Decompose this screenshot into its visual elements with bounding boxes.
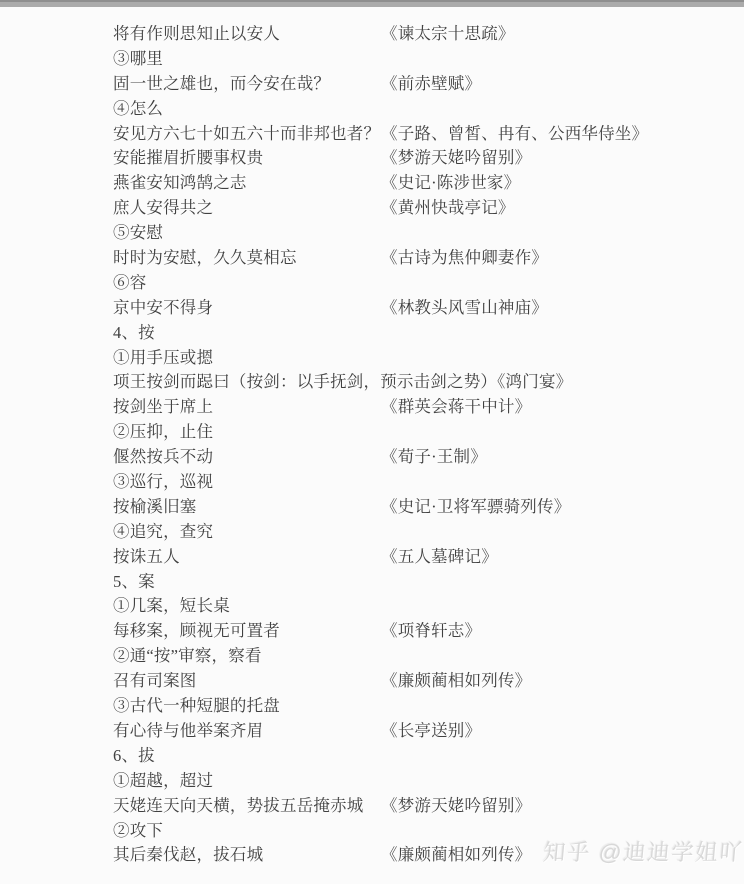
entry-text: 京中安不得身 [113,296,213,321]
entry-row: ①几案，短长桌 [0,594,744,619]
entry-row: 安见方六七十如五六十而非邦也者？《子路、曾皙、冉有、公西华侍坐》 [0,122,744,147]
entry-source-title: 《五人墓碑记》 [381,545,498,570]
entry-row: 6、拔 [0,744,744,769]
entry-row: 按榆溪旧塞《史记·卫将军骠骑列传》 [0,495,744,520]
entry-source-title: 《黄州快哉亭记》 [381,196,515,221]
entry-text: 时时为安慰，久久莫相忘 [113,246,297,271]
entry-text: 按剑坐于席上 [113,395,213,420]
document-content: 将有作则思知止以安人《谏太宗十思疏》③哪里固一世之雄也，而今安在哉？《前赤壁赋》… [0,22,744,868]
entry-row: 天姥连天向天横，势拔五岳掩赤城《梦游天姥吟留别》 [0,794,744,819]
entry-source-title: 《廉颇蔺相如列传》 [381,669,531,694]
entry-row: 有心待与他举案齐眉《长亭送别》 [0,719,744,744]
entry-row: ⑥容 [0,271,744,296]
entry-text: 其后秦伐赵，拔石城 [113,843,263,868]
entry-source-title: 《梦游天姥吟留别》 [381,794,531,819]
entry-row: ①超越，超过 [0,769,744,794]
entry-row: ③巡行，巡视 [0,470,744,495]
entry-row: 召有司案图《廉颇蔺相如列传》 [0,669,744,694]
entry-text: ③哪里 [113,47,163,72]
entry-source-title: 《荀子·王制》 [381,445,487,470]
entry-text: ③古代一种短腿的托盘 [113,694,280,719]
entry-row: 按诛五人《五人墓碑记》 [0,545,744,570]
entry-row: 5、案 [0,570,744,595]
entry-text: ①几案，短长桌 [113,594,230,619]
entry-text: 召有司案图 [113,669,197,694]
entry-text: 将有作则思知止以安人 [113,22,280,47]
entry-text: 固一世之雄也，而今安在哉？ [113,72,330,97]
entry-text: ②通“按”审察，察看 [113,644,262,669]
entry-text: 天姥连天向天横，势拔五岳掩赤城 [113,794,364,819]
entry-text: ③巡行，巡视 [113,470,213,495]
entry-text: 庶人安得共之 [113,196,213,221]
entry-source-title: 《项脊轩志》 [381,619,481,644]
entry-source-title: 《史记·陈涉世家》 [381,171,520,196]
entry-text: 有心待与他举案齐眉 [113,719,263,744]
entry-text: 5、案 [113,570,155,595]
entry-row: 时时为安慰，久久莫相忘《古诗为焦仲卿妻作》 [0,246,744,271]
entry-row: 庶人安得共之《黄州快哉亭记》 [0,196,744,221]
entry-text: 每移案，顾视无可置者 [113,619,280,644]
entry-text: 4、按 [113,321,155,346]
entry-source-title: 《林教头风雪山神庙》 [381,296,548,321]
entry-text: 偃然按兵不动 [113,445,213,470]
entry-text: ①用手压或摁 [113,346,213,371]
entry-text: 安见方六七十如五六十而非邦也者？ [113,122,380,147]
document-page: 将有作则思知止以安人《谏太宗十思疏》③哪里固一世之雄也，而今安在哉？《前赤壁赋》… [0,0,744,884]
entry-row: 将有作则思知止以安人《谏太宗十思疏》 [0,22,744,47]
entry-row: 安能摧眉折腰事权贵《梦游天姥吟留别》 [0,146,744,171]
entry-row: 项王按剑而跽曰（按剑：以手抚剑，预示击剑之势）《鸿门宴》 [0,370,744,395]
entry-source-title: 《前赤壁赋》 [381,72,481,97]
entry-source-title: 《廉颇蔺相如列传》 [381,843,531,868]
entry-text: ④追究，查究 [113,520,213,545]
entry-source-title: 《群英会蒋干中计》 [381,395,531,420]
zhihu-watermark: 知乎 @迪迪学姐吖 [542,838,744,868]
entry-row: 固一世之雄也，而今安在哉？《前赤壁赋》 [0,72,744,97]
entry-source-title: 《古诗为焦仲卿妻作》 [381,246,548,271]
entry-row: 京中安不得身《林教头风雪山神庙》 [0,296,744,321]
entry-text: 燕雀安知鸿鹄之志 [113,171,247,196]
entry-text: ⑤安慰 [113,221,163,246]
entry-text: 按诛五人 [113,545,180,570]
entry-text: 6、拔 [113,744,155,769]
entry-row: ④追究，查究 [0,520,744,545]
entry-source-title: 《梦游天姥吟留别》 [381,146,531,171]
entry-text: ②攻下 [113,819,163,844]
entry-row: 4、按 [0,321,744,346]
entry-text: 项王按剑而跽曰（按剑：以手抚剑，预示击剑之势）《鸿门宴》 [113,370,572,395]
entry-row: ④怎么 [0,97,744,122]
scan-top-edge-bar [0,0,744,7]
entry-source-title: 《长亭送别》 [381,719,481,744]
entry-text: ②压抑，止住 [113,420,213,445]
entry-row: 按剑坐于席上《群英会蒋干中计》 [0,395,744,420]
entry-text: ④怎么 [113,97,163,122]
entry-text: ①超越，超过 [113,769,213,794]
entry-row: 每移案，顾视无可置者《项脊轩志》 [0,619,744,644]
entry-row: 燕雀安知鸿鹄之志《史记·陈涉世家》 [0,171,744,196]
entry-row: ②压抑，止住 [0,420,744,445]
entry-row: 偃然按兵不动《荀子·王制》 [0,445,744,470]
entry-text: ⑥容 [113,271,146,296]
entry-row: ③哪里 [0,47,744,72]
entry-row: ②通“按”审察，察看 [0,644,744,669]
entry-row: ①用手压或摁 [0,346,744,371]
entry-source-title: 《子路、曾皙、冉有、公西华侍坐》 [381,122,648,147]
entry-text: 安能摧眉折腰事权贵 [113,146,263,171]
entry-source-title: 《史记·卫将军骠骑列传》 [381,495,570,520]
entry-text: 按榆溪旧塞 [113,495,197,520]
entry-row: ③古代一种短腿的托盘 [0,694,744,719]
entry-source-title: 《谏太宗十思疏》 [381,22,515,47]
entry-row: ⑤安慰 [0,221,744,246]
